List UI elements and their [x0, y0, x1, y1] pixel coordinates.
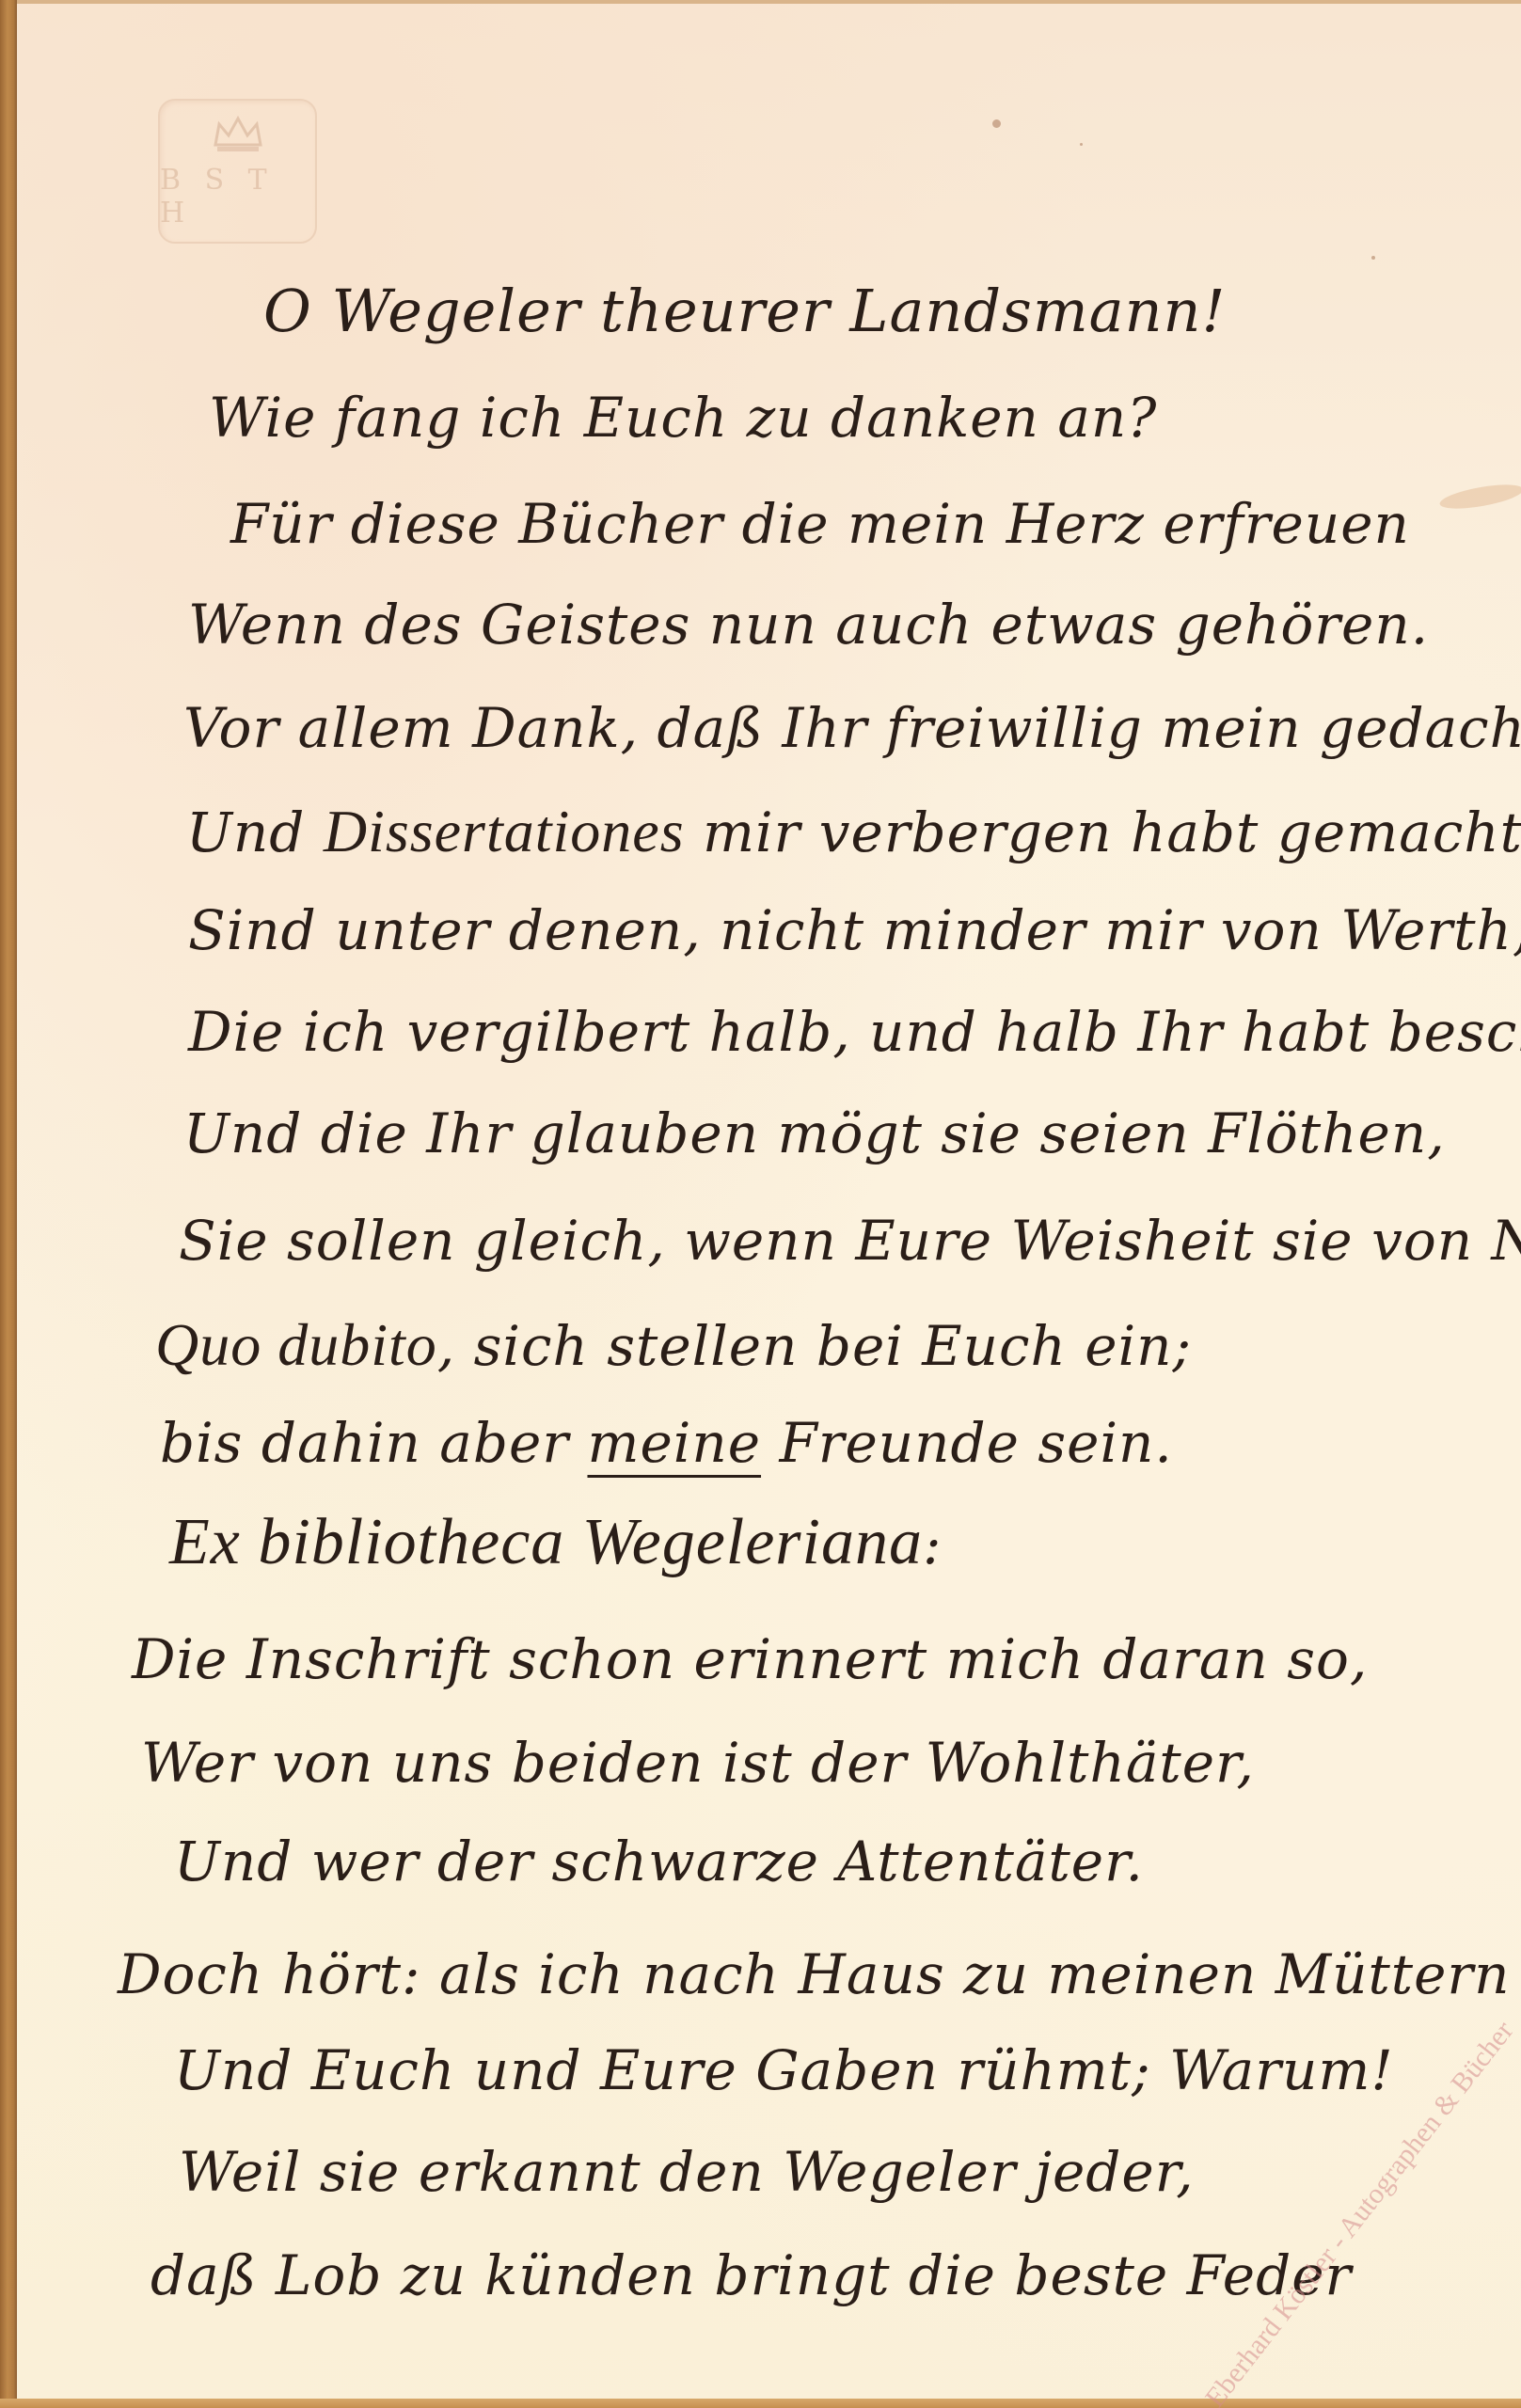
letter-line: Vor allem Dank, daß Ihr freiwillig mein …: [183, 701, 1521, 755]
latin-phrase: Ex bibliotheca Wegeleriana: [169, 1506, 923, 1578]
underlined-word: meine: [587, 1411, 761, 1475]
letter-line: Sie sollen gleich, wenn Eure Weisheit si…: [179, 1213, 1521, 1268]
letter-line: Sind unter denen, nicht minder mir von W…: [188, 903, 1521, 958]
ink-spot: [1080, 143, 1083, 146]
blind-stamp: B S T H: [158, 99, 317, 244]
letter-line: Die Inschrift schon erinnert mich daran …: [132, 1632, 1368, 1687]
ink-spot: [992, 119, 1001, 128]
letter-line: daß Lob zu künden bringt die beste Feder: [151, 2248, 1352, 2303]
letter-line: Wie fang ich Euch zu danken an?: [209, 390, 1157, 445]
letter-line: Wenn des Geistes nun auch etwas gehören.: [188, 597, 1429, 652]
letter-line: Wer von uns beiden ist der Wohlthäter,: [141, 1735, 1255, 1790]
latin-word: Dissertationes: [324, 798, 685, 864]
line-text: :: [923, 1513, 943, 1576]
line-text: Freunde sein.: [761, 1411, 1173, 1475]
letter-line: Die ich vergilbert halb, und halb Ihr ha…: [188, 1005, 1521, 1059]
stamp-mark: B S T H: [160, 164, 315, 230]
line-text: , sich stellen bei Euch ein;: [437, 1314, 1192, 1378]
letter-line: Quo dubito, sich stellen bei Euch ein;: [155, 1315, 1192, 1375]
letter-line: Und wer der schwarze Attentäter.: [174, 1834, 1144, 1889]
letter-line: Weil sie erkannt den Wegeler jeder,: [179, 2145, 1195, 2199]
letter-line: Für diese Bücher die mein Herz erfreuen: [230, 497, 1410, 551]
letter-line: Und Euch und Eure Gaben rühmt; Warum!: [174, 2043, 1394, 2098]
crown-icon: [210, 113, 266, 154]
line-text: mir verbergen habt gemacht.: [685, 800, 1521, 864]
latin-word: Quo dubito: [155, 1311, 437, 1378]
paper-bottom-edge: [0, 2399, 1521, 2408]
line-text: Und: [186, 800, 324, 864]
letter-line: Und die Ihr glauben mögt sie seien Flöth…: [183, 1106, 1446, 1161]
letter-line: Ex bibliotheca Wegeleriana:: [169, 1510, 943, 1576]
letter-line: Und Dissertationes mir verbergen habt ge…: [186, 801, 1521, 862]
letter-line: O Wegeler theurer Landsmann!: [263, 282, 1226, 341]
letter-line: bis dahin aber meine Freunde sein.: [160, 1416, 1173, 1470]
letter-line: Doch hört: als ich nach Haus zu meinen M…: [118, 1947, 1521, 2002]
paper-left-edge: [0, 0, 17, 2408]
line-text: bis dahin aber: [160, 1411, 587, 1475]
ink-spot: [1371, 256, 1375, 260]
